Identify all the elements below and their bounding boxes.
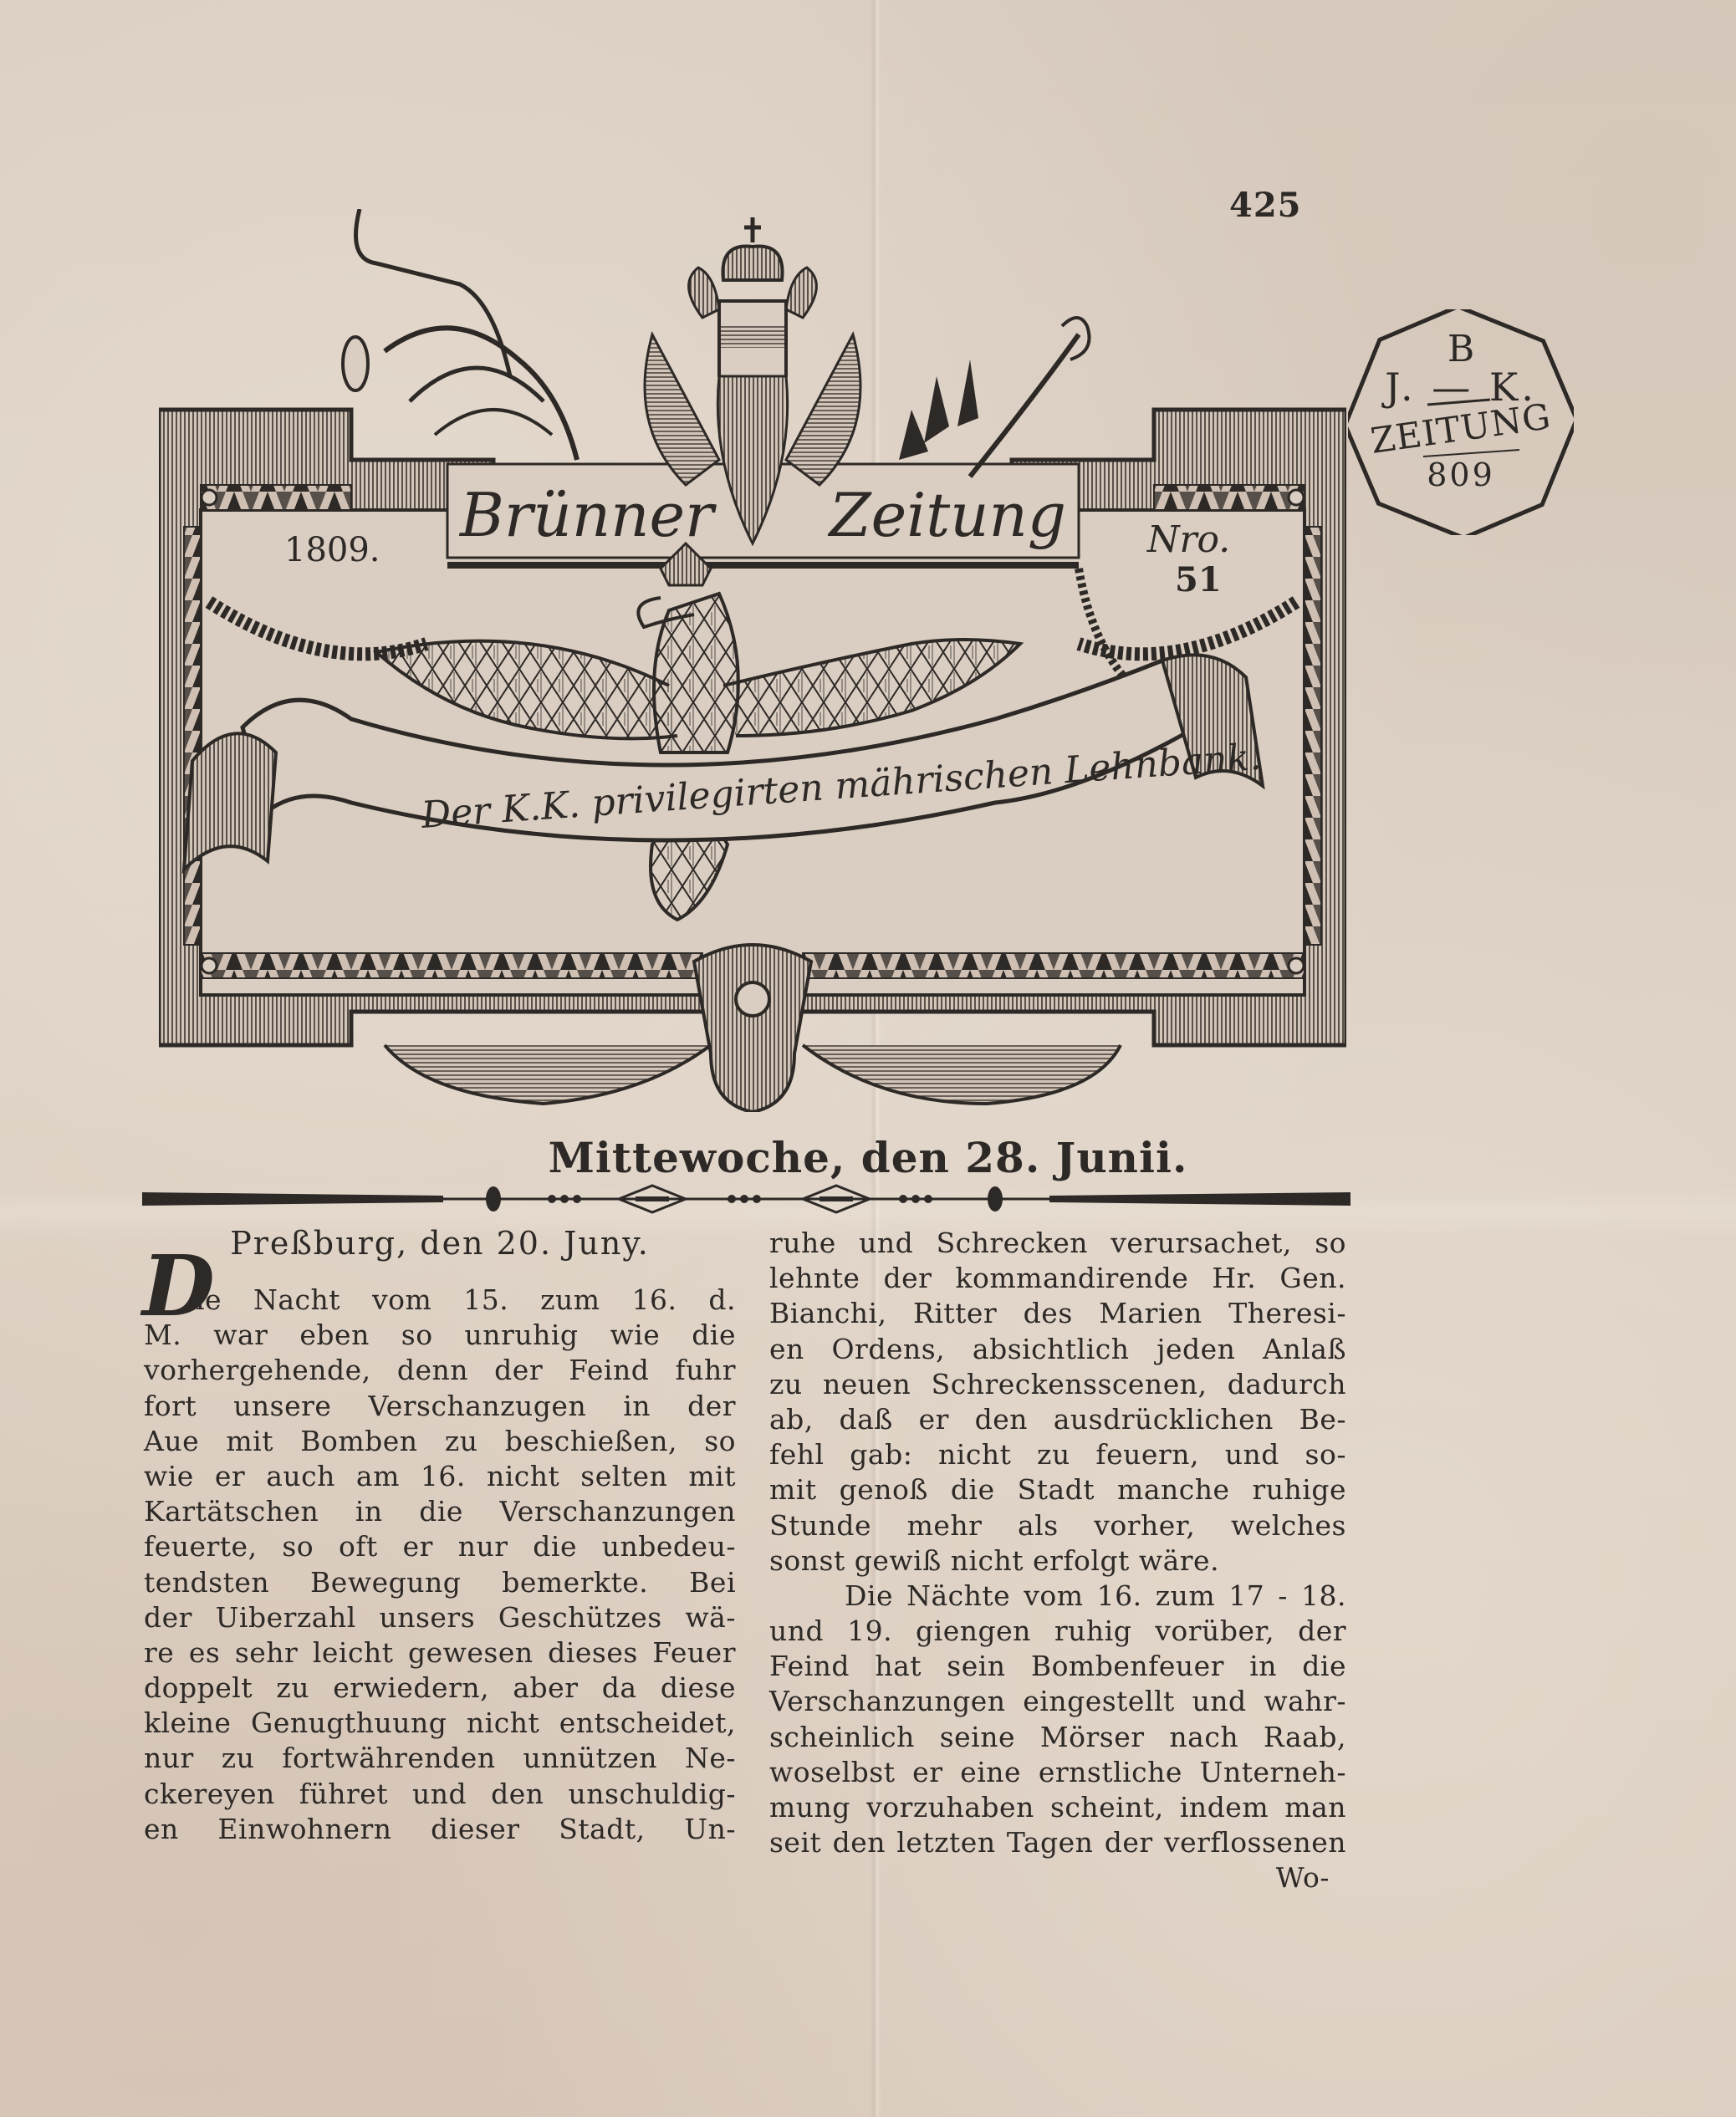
article-line: mung vorzuhaben scheint, indem man xyxy=(769,1790,1346,1825)
article-line: doppelt zu erwiedern, aber da diese xyxy=(144,1671,736,1706)
article-line: tendsten Bewegung bemerkte. Bei xyxy=(144,1565,736,1600)
drop-cap: D xyxy=(142,1244,215,1328)
article-line: fehl gab: nicht zu feuern, und so- xyxy=(769,1437,1346,1472)
postal-stamp: B J. — K. ZEITUNG 809 xyxy=(1348,309,1574,535)
catchword: Wo- xyxy=(769,1860,1346,1895)
article-line: re es sehr leicht gewesen dieses Feuer xyxy=(144,1635,736,1671)
article-line: D ie Nacht vom 15. zum 16. d. xyxy=(144,1283,736,1318)
article-line: seit den letzten Tagen der verflossenen xyxy=(769,1825,1346,1860)
article-column-left: Preßburg, den 20. Juny. D ie Nacht vom 1… xyxy=(144,1226,736,1847)
article-line: ckereyen führet und den unschuldig- xyxy=(144,1777,736,1812)
article-line: vorhergehende, denn der Feind fuhr xyxy=(144,1353,736,1388)
dateline: Mittewoche, den 28. Junii. xyxy=(0,1133,1736,1182)
article-line: en Ordens, absichtlich jeden Anlaß xyxy=(769,1332,1346,1367)
article-line: en Einwohnern dieser Stadt, Un- xyxy=(144,1812,736,1847)
article-line: lehnte der kommandirende Hr. Gen. xyxy=(769,1261,1346,1296)
ornamental-rule-divider xyxy=(142,1181,1351,1214)
article-line: mit genoß die Stadt manche ruhige xyxy=(769,1472,1346,1507)
title-brunner: Brünner xyxy=(452,485,722,552)
article-line: fort unsere Verschanzugen in der xyxy=(144,1389,736,1424)
issue-number: 51 xyxy=(1175,560,1222,599)
article-line: Kartätschen in die Verschanzungen xyxy=(144,1494,736,1529)
article-line: feuerte, so oft er nur die unbedeu- xyxy=(144,1529,736,1564)
article-line: scheinlich seine Mörser nach Raab, xyxy=(769,1720,1346,1755)
article-line: Bianchi, Ritter des Marien Theresi- xyxy=(769,1296,1346,1331)
masthead-title: Brünner Zeitung xyxy=(452,468,1075,552)
article-heading: Preßburg, den 20. Juny. xyxy=(144,1226,736,1266)
article-column-right: ruhe und Schrecken verursachet, so lehnt… xyxy=(769,1226,1346,1896)
title-zeitung: Zeitung xyxy=(821,485,1075,552)
article-line: Stunde mehr als vorher, welches xyxy=(769,1508,1346,1543)
masthead-woodcut: Brünner Zeitung 1809. Nro. 51 Der K.K. p… xyxy=(159,209,1346,1112)
article-line: kleine Genugthuung nicht entscheidet, xyxy=(144,1706,736,1741)
article-line: woselbst er eine ernstliche Unterneh- xyxy=(769,1755,1346,1790)
article-line: M. war eben so unruhig wie die xyxy=(144,1318,736,1353)
article-line: und 19. giengen ruhig vorüber, der xyxy=(769,1614,1346,1649)
article-line: Verschanzungen eingestellt und wahr- xyxy=(769,1684,1346,1719)
article-line: sonst gewiß nicht erfolgt wäre. xyxy=(769,1543,1346,1579)
masthead-frame-illustration xyxy=(159,209,1346,1112)
article-line: ruhe und Schrecken verursachet, so xyxy=(769,1226,1346,1261)
issue-label: Nro. xyxy=(1147,518,1230,561)
article-line: ab, daß er den ausdrücklichen Be- xyxy=(769,1402,1346,1437)
article-line: Aue mit Bomben zu beschießen, so xyxy=(144,1424,736,1459)
article-line: wie er auch am 16. nicht selten mit xyxy=(144,1459,736,1494)
article-line: Feind hat sein Bombenfeuer in die xyxy=(769,1649,1346,1684)
stamp-year: 809 xyxy=(1348,457,1574,493)
masthead-year: 1809. xyxy=(284,531,380,569)
article-line: der Uiberzahl unsers Geschützes wä- xyxy=(144,1600,736,1635)
article-line: nur zu fortwährenden unnützen Ne- xyxy=(144,1741,736,1776)
article-paragraph-start: Die Nächte vom 16. zum 17 - 18. xyxy=(769,1579,1346,1614)
article-line: zu neuen Schreckensscenen, dadurch xyxy=(769,1367,1346,1402)
